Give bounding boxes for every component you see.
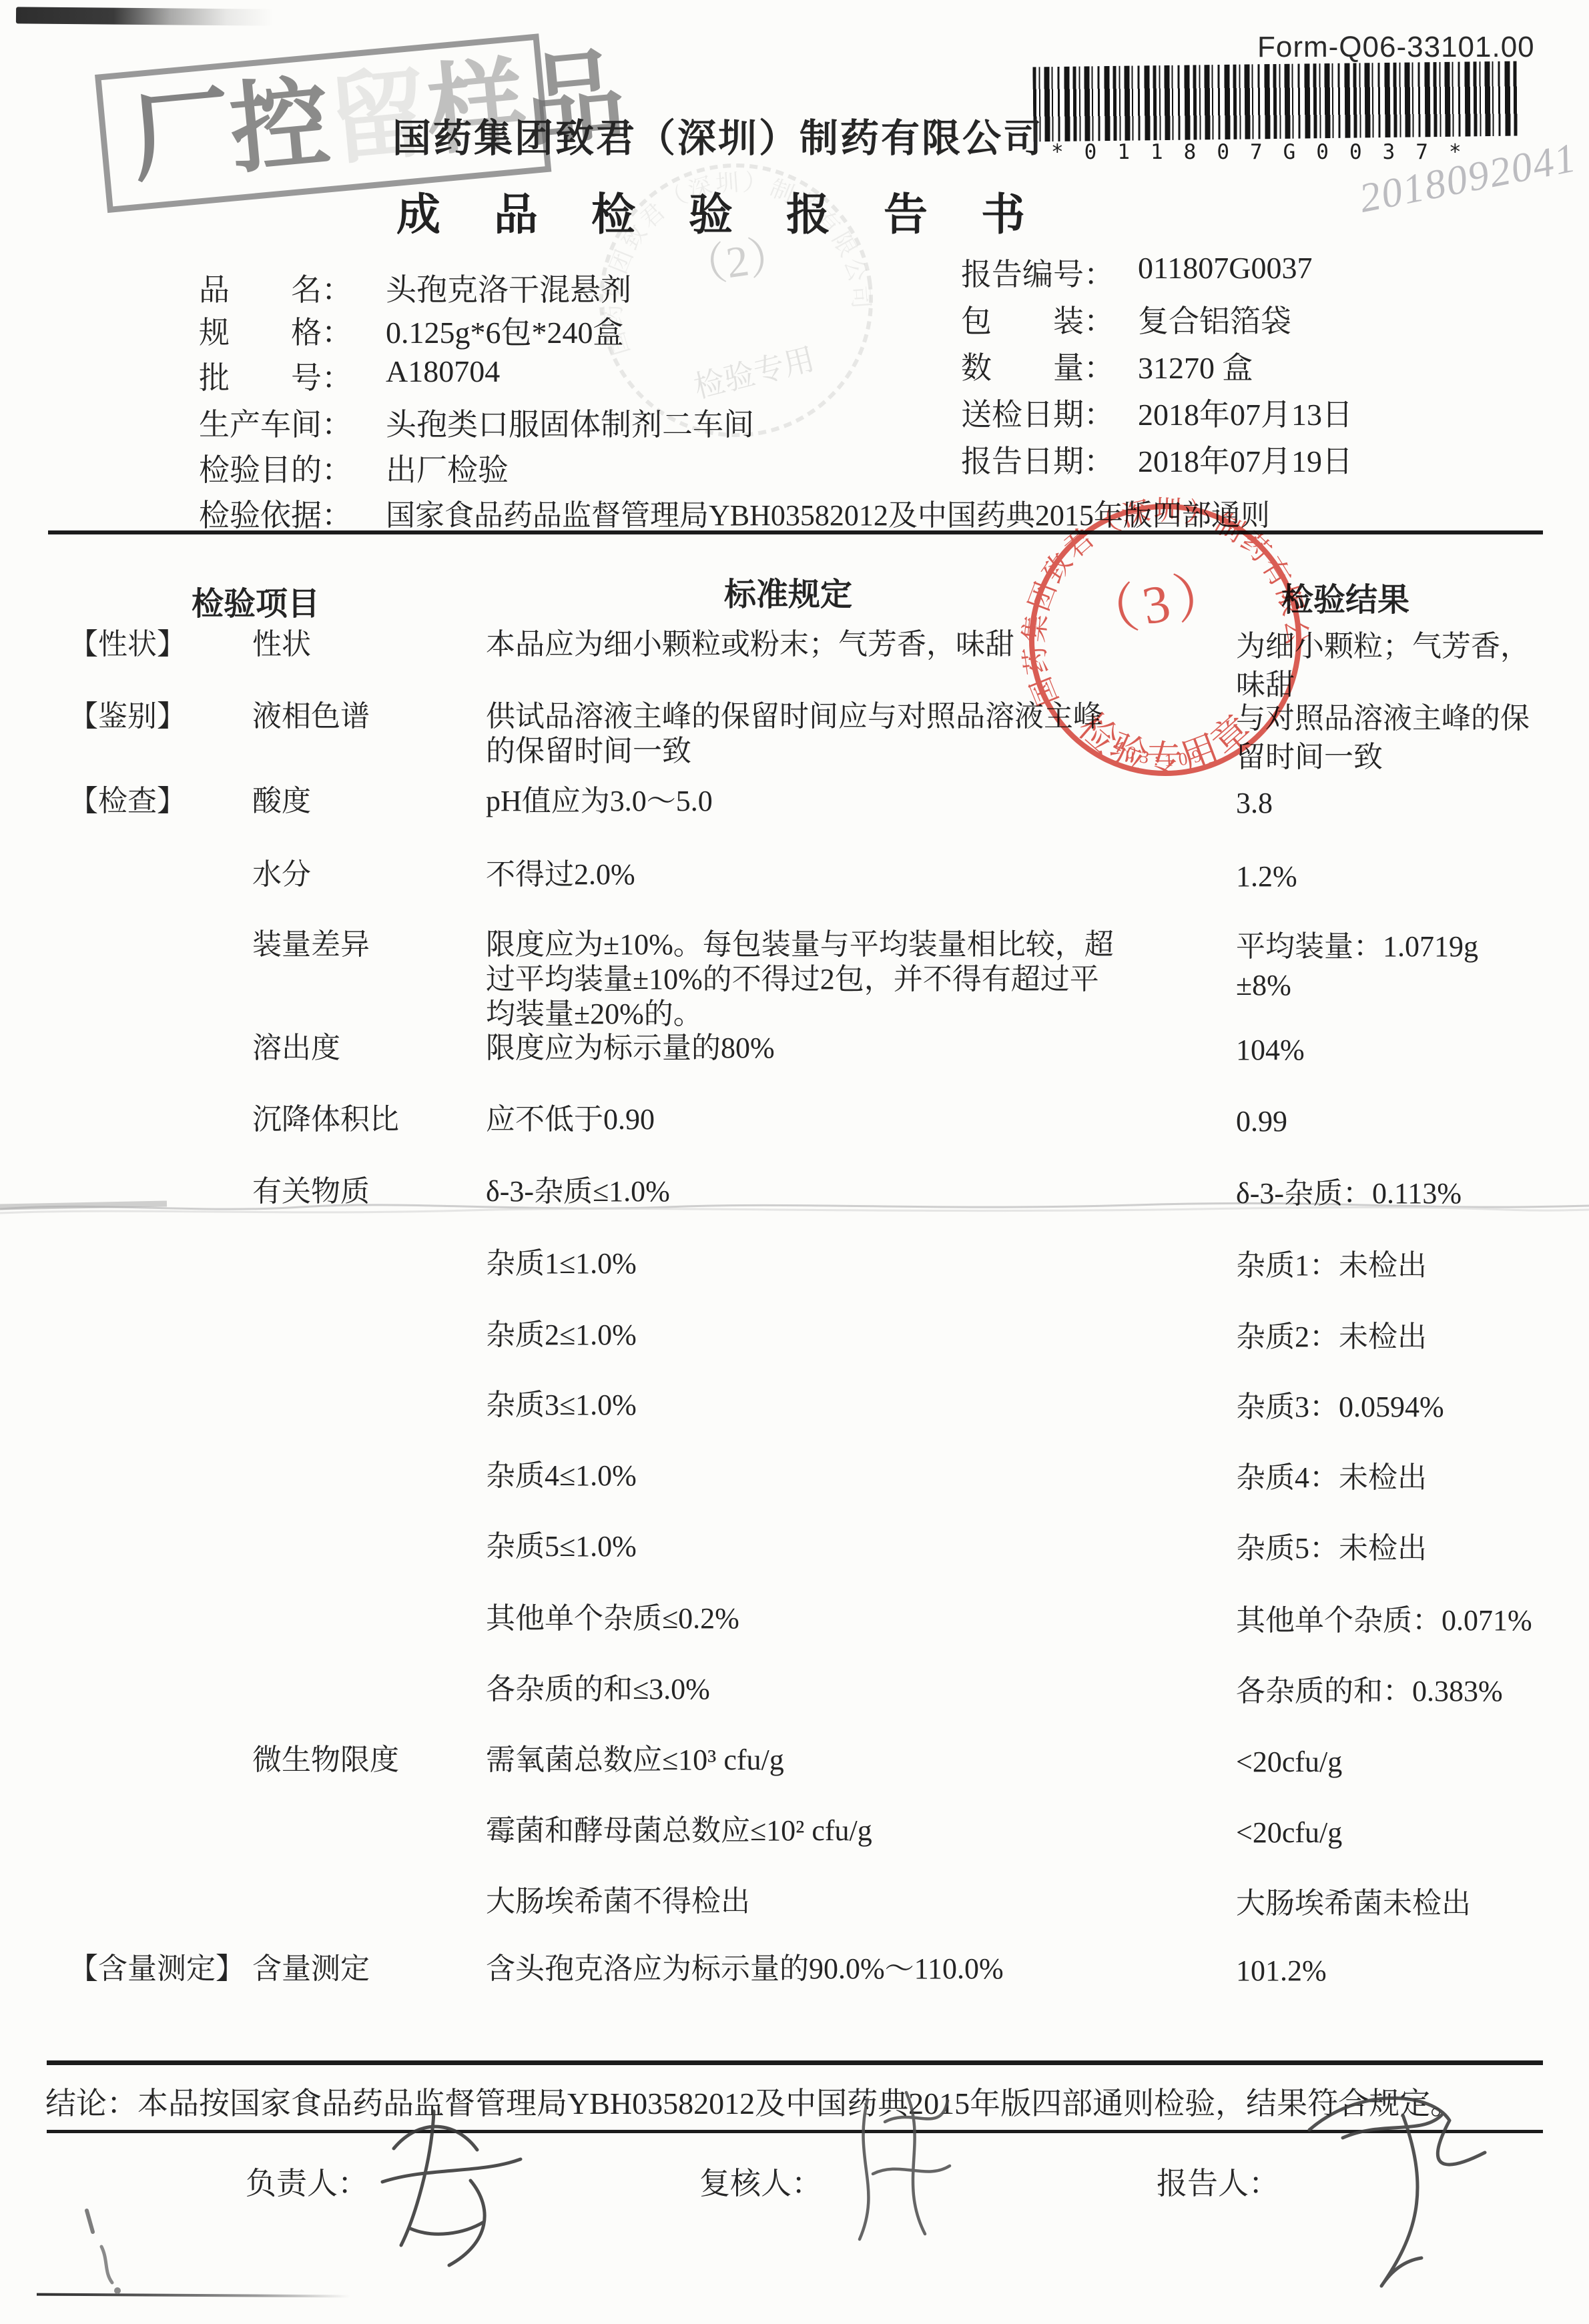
row-result: <20cfu/g — [1236, 1743, 1556, 1782]
row-item: 含量测定 — [252, 1952, 370, 1986]
row-item: 装量差异 — [252, 927, 370, 962]
row-item: 酸度 — [252, 784, 311, 819]
field-label: 数 量： — [961, 344, 1115, 388]
row-item: 溶出度 — [252, 1031, 340, 1066]
svg-text:检验专用章: 检验专用章 — [1066, 679, 1267, 792]
signature-responsible — [370, 2102, 537, 2282]
row-category: 【含量测定】 — [69, 1952, 245, 1986]
field-value: 2018年07月19日 — [1138, 437, 1353, 481]
stamp3-number: （3） — [1080, 562, 1238, 647]
row-result: 平均装量：1.0719g ±8% — [1236, 927, 1556, 1005]
inspection-report-page: Form-Q06-33101.00 *011807G0037* 20180920… — [0, 0, 1589, 2324]
divider-conclusion-top — [47, 2060, 1543, 2065]
row-category: 【检查】 — [69, 784, 186, 819]
stamp-char: 控 — [226, 73, 334, 181]
signature-reviewer — [826, 2080, 980, 2254]
signature-reporter — [1281, 2074, 1502, 2294]
row-result: 101.2% — [1236, 1952, 1556, 1990]
row-item: 液相色谱 — [252, 699, 370, 734]
sign-label-reporter: 报告人： — [1157, 2159, 1279, 2203]
row-result: <20cfu/g — [1236, 1814, 1556, 1852]
field-label: 送检日期： — [961, 390, 1115, 434]
row-item: 性状 — [252, 627, 311, 662]
field-value: 复合铝箔袋 — [1138, 297, 1291, 341]
row-result: 各杂质的和：0.383% — [1236, 1672, 1556, 1711]
row-standard: 不得过2.0% — [486, 857, 1173, 892]
row-standard: 各杂质的和≤3.0% — [486, 1672, 1173, 1707]
info-field-left-5: 检验依据：国家食品药品监督管理局YBH03582012及中国药典2015年版四部… — [0, 491, 1589, 532]
pencil-scribble — [79, 2205, 186, 2299]
row-result: 0.99 — [1236, 1102, 1556, 1141]
col-header-item: 检验项目 — [192, 578, 320, 624]
row-standard: δ-3-杂质≤1.0% — [486, 1174, 1173, 1209]
row-result: 杂质2：未检出 — [1236, 1318, 1556, 1357]
row-result: 杂质3：0.0594% — [1236, 1388, 1556, 1427]
stamp3-inner-text: 检验专用章 — [1066, 679, 1267, 792]
row-item: 微生物限度 — [252, 1743, 399, 1778]
stamp2-number: （2） — [679, 230, 796, 294]
field-value: 2018年07月13日 — [1138, 390, 1353, 434]
row-item: 水分 — [252, 857, 311, 892]
row-standard: 含头孢克洛应为标示量的90.0%～110.0% — [486, 1952, 1173, 1986]
round-stamp-2: 国药集团致君（深圳）制药有限公司 （2） 检验专用 — [586, 150, 886, 450]
row-result: 杂质4：未检出 — [1236, 1459, 1556, 1497]
sign-label-responsible: 负责人： — [246, 2159, 368, 2203]
divider-top — [48, 530, 1543, 534]
row-result: 1.2% — [1236, 857, 1556, 896]
row-result: 杂质1：未检出 — [1236, 1246, 1556, 1285]
barcode — [1032, 61, 1518, 142]
row-result: 其他单个杂质：0.071% — [1236, 1601, 1556, 1640]
field-label: 报告编号： — [961, 250, 1115, 294]
row-result: 大肠埃希菌未检出 — [1236, 1884, 1556, 1923]
row-standard: 其他单个杂质≤0.2% — [486, 1601, 1173, 1636]
field-label: 包 装： — [961, 297, 1115, 341]
row-standard: 限度应为±10%。每包装量与平均装量相比较，超 过平均装量±10%的不得过2包，… — [486, 927, 1173, 1032]
field-value: 011807G0037 — [1138, 250, 1313, 286]
row-result: 104% — [1236, 1031, 1556, 1070]
row-standard: 需氧菌总数应≤10³ cfu/g — [486, 1743, 1173, 1778]
row-result: δ-3-杂质：0.113% — [1236, 1174, 1556, 1213]
row-item: 有关物质 — [252, 1174, 370, 1209]
row-standard: 杂质3≤1.0% — [486, 1388, 1173, 1423]
row-result: 杂质5：未检出 — [1236, 1529, 1556, 1568]
sign-label-reviewer: 复核人： — [699, 2159, 822, 2203]
row-standard: 大肠埃希菌不得检出 — [486, 1884, 1173, 1919]
col-header-standard: 标准规定 — [724, 568, 852, 615]
row-item: 沉降体积比 — [252, 1102, 399, 1137]
stamp-char: 厂 — [128, 83, 236, 190]
scan-artifact-corner-streak — [16, 7, 273, 25]
field-value: 31270 盒 — [1138, 344, 1253, 388]
row-category: 【性状】 — [69, 627, 186, 662]
row-standard: 杂质5≤1.0% — [486, 1529, 1173, 1564]
row-standard: 应不低于0.90 — [486, 1102, 1173, 1137]
row-standard: 霉菌和酵母菌总数应≤10² cfu/g — [486, 1814, 1173, 1848]
row-standard: 限度应为标示量的80% — [486, 1031, 1173, 1066]
row-category: 【鉴别】 — [69, 699, 186, 734]
row-standard: 杂质4≤1.0% — [486, 1459, 1173, 1493]
form-number: Form-Q06-33101.00 — [1257, 31, 1535, 64]
field-label: 报告日期： — [961, 437, 1115, 481]
row-standard: 杂质1≤1.0% — [486, 1246, 1173, 1281]
round-stamp-3: 国药集团致君（深圳）制药有限公司 （3） 检验专用章 403:109 — [1013, 488, 1317, 792]
row-standard: 杂质2≤1.0% — [486, 1318, 1173, 1352]
stamp2-inner-text: 检验专用 — [691, 342, 818, 404]
field-label: 检验依据： — [199, 491, 352, 535]
